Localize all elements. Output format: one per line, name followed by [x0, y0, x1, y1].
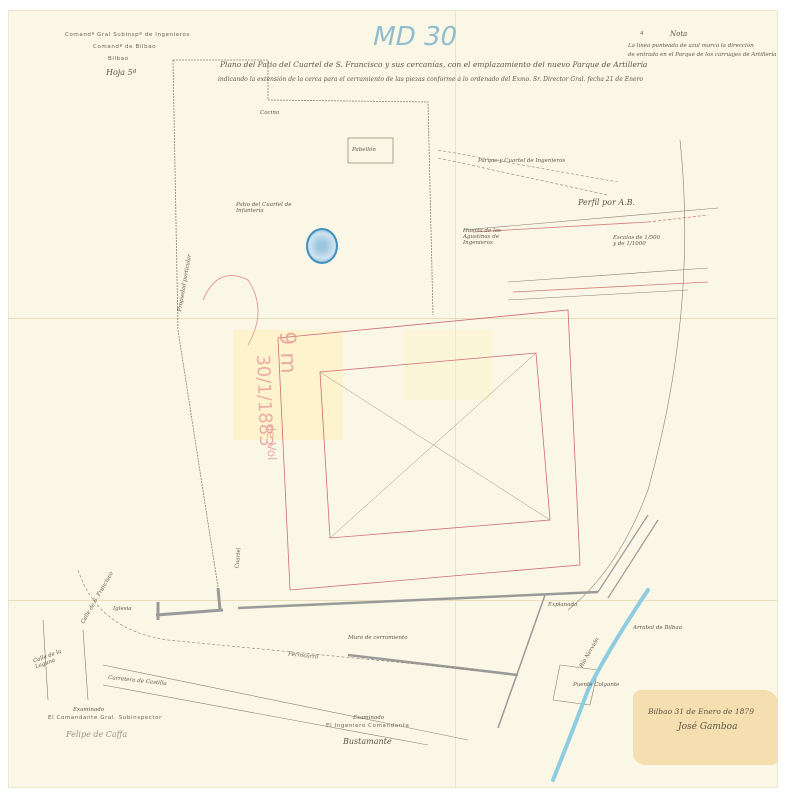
label-puente: Puente Colgante — [573, 682, 619, 688]
catalog-number: MD 30 — [370, 22, 460, 52]
label-perfil: Perfil por A.B. — [578, 198, 635, 207]
label-patio: Patio del Cuartel de Infantería — [236, 202, 296, 214]
note-heading: Nota — [670, 30, 687, 38]
label-escala: Escalas de 1/500 y de 1/1000 — [613, 235, 663, 247]
map-title: Plano del Patio del Cuartel de S. Franci… — [220, 60, 647, 69]
footer-right-signature: José Gamboa — [678, 722, 737, 732]
label-pabellon: Pabellón — [352, 147, 376, 153]
label-explanada: Explanada — [548, 602, 577, 608]
footer-center-heading: Examinado — [353, 715, 384, 721]
label-parque: Parque y Cuartel de Ingenieros — [478, 158, 565, 164]
footer-left-heading: Examinado — [73, 707, 104, 713]
label-iglesia: Iglesia — [113, 606, 132, 612]
sheet-number: Hoja 5ª — [106, 68, 136, 77]
label-cocina: Cocina — [260, 110, 279, 116]
footer-left-signature: Felipe de Caffa — [66, 730, 127, 739]
plan-drawing — [8, 10, 778, 788]
footer-center-signature: Bustamante — [343, 737, 392, 746]
header-left-line1: Comandª Gral Subinspº de Ingenieros — [65, 32, 190, 38]
map-sheet: Comandª Gral Subinspº de Ingenieros Coma… — [8, 10, 778, 788]
blue-seal-stamp — [306, 228, 338, 264]
red-annotation-line1: 9 m — [274, 331, 300, 374]
footer-center-role: El Ingeniero Comandante — [326, 723, 410, 729]
footer-left-role: El Comandante Gral. Subinspector — [48, 715, 162, 721]
note-text-line2: de entrada en el Parque de los carruajes… — [628, 52, 776, 58]
label-muro: Muro de cerramiento — [348, 635, 408, 641]
note-text-line1: La línea punteada de azul marca la direc… — [628, 43, 754, 49]
red-annotation-line3: de Vol — [264, 423, 279, 460]
map-subtitle: indicando la extensión de la cerca para … — [218, 76, 643, 83]
note-number: 4 — [640, 31, 644, 37]
header-left-line2: Comandª de Bilbao — [93, 44, 156, 50]
label-arrabal: Arrabal de Bilbao — [633, 625, 682, 631]
header-left-line3: Bilbao — [108, 56, 129, 62]
label-huerta: Huerta de las Agustinas de Ingenieros — [463, 228, 523, 246]
footer-right-place-date: Bilbao 31 de Enero de 1879 — [648, 707, 754, 716]
